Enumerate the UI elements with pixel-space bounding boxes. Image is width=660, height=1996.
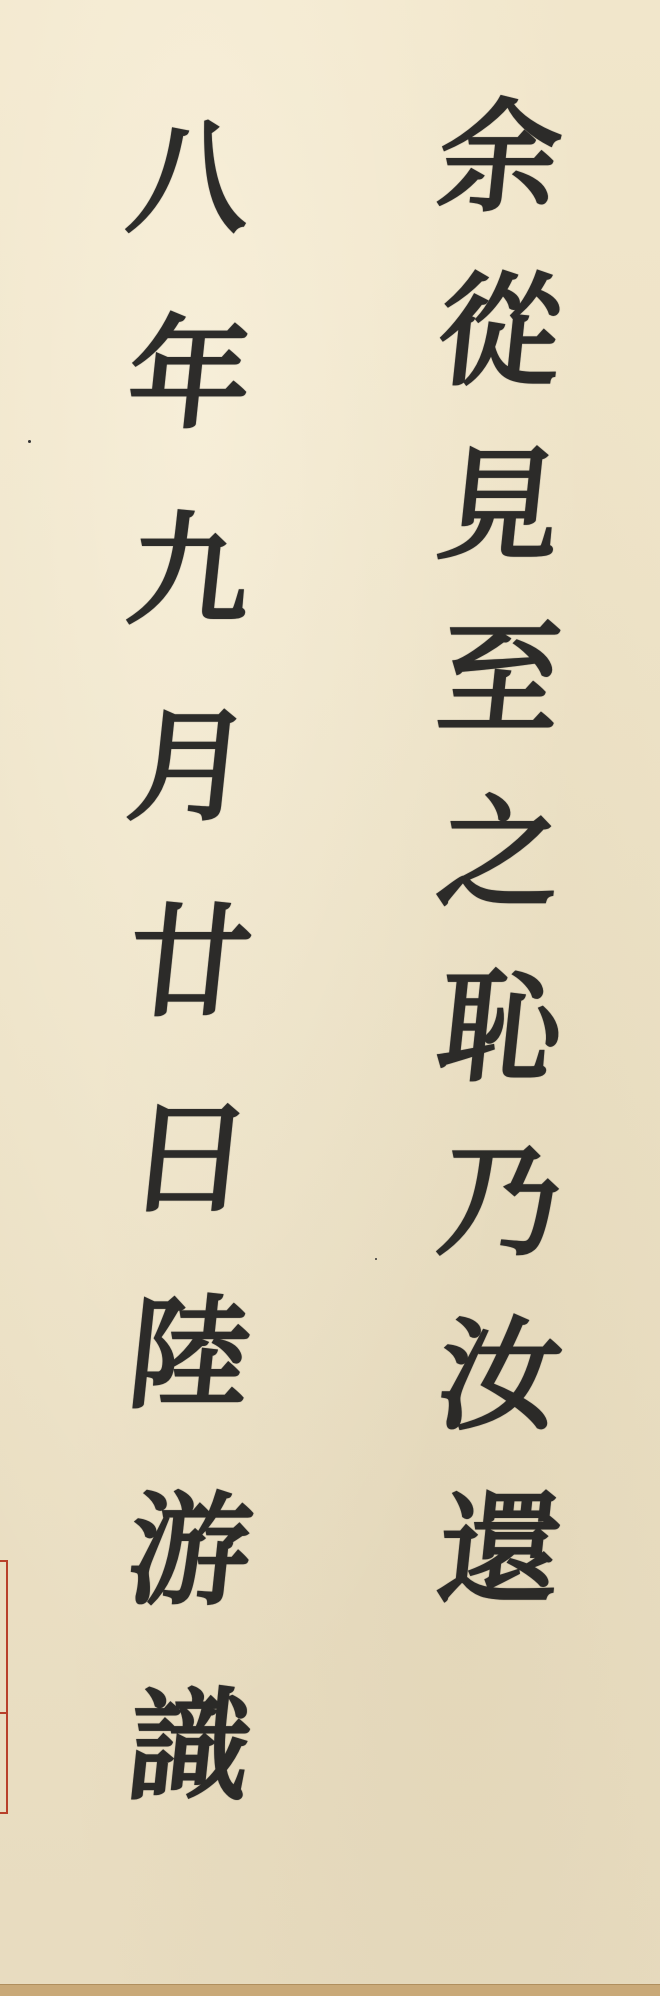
- character: 乃: [430, 1114, 570, 1288]
- character: 見: [430, 418, 570, 592]
- character: 還: [430, 1462, 570, 1636]
- character: 月: [119, 668, 262, 864]
- character: 年: [119, 276, 262, 472]
- character: 廿: [119, 864, 262, 1060]
- character: 八: [119, 80, 262, 276]
- ink-speck: [375, 1258, 377, 1260]
- calligraphy-column-right: 余 從 見 至 之 恥 乃 汝 還: [400, 70, 600, 1636]
- calligraphy-column-left: 八 年 九 月 廿 日 陸 游 識: [95, 80, 285, 1844]
- character: 恥: [430, 940, 570, 1114]
- character: 從: [430, 244, 570, 418]
- seal-stamp: [0, 1560, 8, 1814]
- mount-border: [0, 1984, 660, 1996]
- character: 余: [430, 70, 570, 244]
- character: 日: [119, 1060, 262, 1256]
- character: 九: [119, 472, 262, 668]
- character: 陸: [119, 1256, 262, 1452]
- character: 汝: [430, 1288, 570, 1462]
- character: 游: [119, 1452, 262, 1648]
- character: 至: [430, 592, 570, 766]
- character: 識: [119, 1648, 262, 1844]
- ink-speck: [28, 440, 31, 443]
- character: 之: [430, 766, 570, 940]
